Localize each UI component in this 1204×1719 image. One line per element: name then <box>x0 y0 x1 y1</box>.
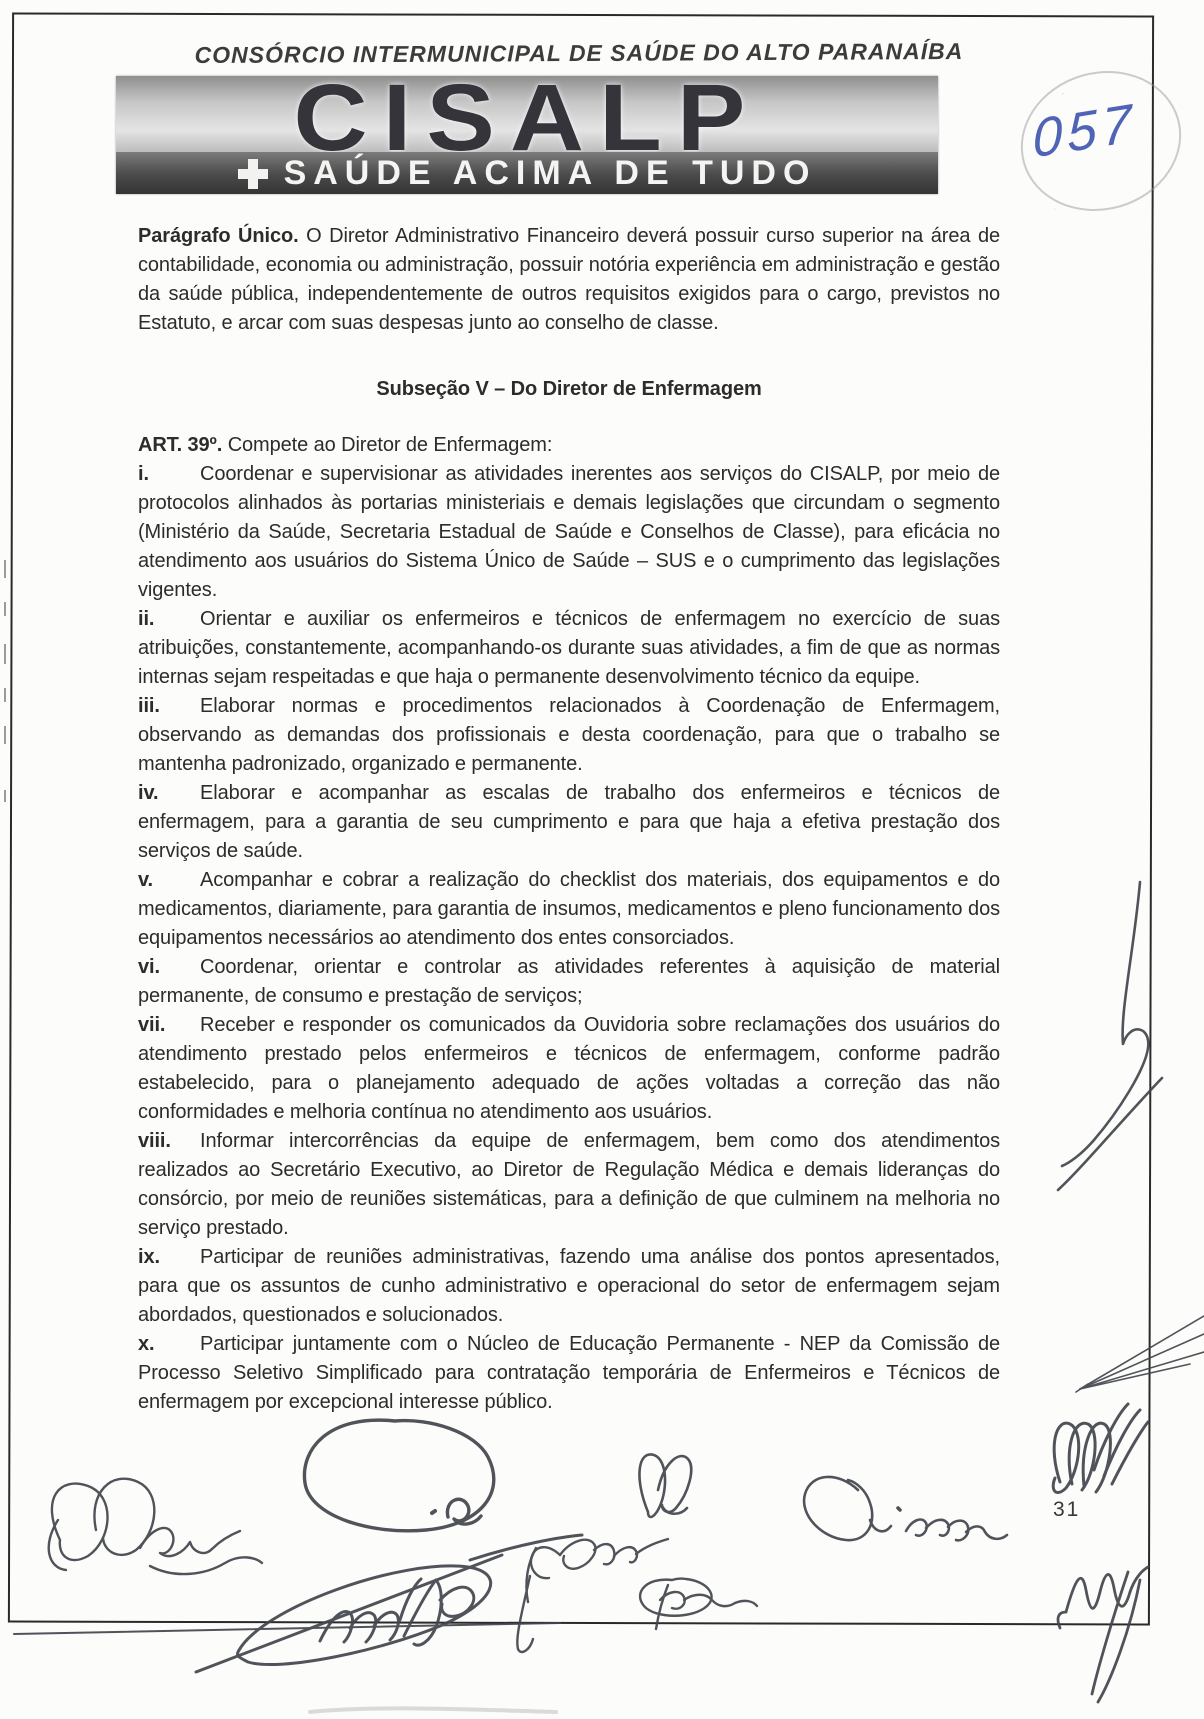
scan-artifact <box>4 688 6 702</box>
item-text: Elaborar e acompanhar as escalas de trab… <box>138 782 1000 862</box>
item-number: i. <box>138 460 200 489</box>
stray-border-line <box>14 1623 560 1634</box>
item-number: iv. <box>138 779 200 808</box>
logo-tagline-band: SAÚDE ACIMA DE TUDO <box>116 152 938 194</box>
list-item-ii: ii.Orientar e auxiliar os enfermeiros e … <box>138 605 1000 692</box>
list-item-i: i.Coordenar e supervisionar as atividade… <box>138 460 1000 605</box>
item-text: Elaborar normas e procedimentos relacion… <box>138 695 1000 775</box>
list-item-viii: viii.Informar intercorrências da equipe … <box>138 1127 1000 1243</box>
stamp-arc-text: · <box>1061 88 1068 99</box>
item-text: Participar juntamente com o Núcleo de Ed… <box>138 1333 1000 1413</box>
list-item-vii: vii.Receber e responder os comunicados d… <box>138 1011 1000 1127</box>
item-text: Receber e responder os comunicados da Ou… <box>138 1014 1000 1123</box>
item-number: ii. <box>138 605 200 634</box>
subsection-title: Subseção V – Do Diretor de Enfermagem <box>138 375 1000 404</box>
list-item-vi: vi.Coordenar, orientar e controlar as at… <box>138 953 1000 1011</box>
list-item-iii: iii.Elaborar normas e procedimentos rela… <box>138 692 1000 779</box>
item-text: Orientar e auxiliar os enfermeiros e téc… <box>138 608 1000 688</box>
list-item-v: v.Acompanhar e cobrar a realização do ch… <box>138 866 1000 953</box>
item-number: iii. <box>138 692 200 721</box>
scan-artifact <box>4 602 6 616</box>
cisalp-logo-banner: CISALP SAÚDE ACIMA DE TUDO <box>116 76 938 194</box>
item-number: viii. <box>138 1127 200 1156</box>
health-cross-icon <box>238 159 268 189</box>
scan-artifact <box>4 644 6 664</box>
scan-artifact <box>4 790 6 802</box>
paragrafo-unico-label: Parágrafo Único. <box>138 225 299 247</box>
item-number: v. <box>138 866 200 895</box>
article-label: ART. 39º. <box>138 434 222 456</box>
item-text: Participar de reuniões administrativas, … <box>138 1246 1000 1326</box>
item-text: Coordenar e supervisionar as atividades … <box>138 463 1000 601</box>
item-text: Coordenar, orientar e controlar as ativi… <box>138 956 1000 1007</box>
item-text: Informar intercorrências da equipe de en… <box>138 1130 1000 1239</box>
list-item-ix: ix.Participar de reuniões administrativa… <box>138 1243 1000 1330</box>
paragrafo-unico: Parágrafo Único. O Diretor Administrativ… <box>138 222 1000 338</box>
item-number: ix. <box>138 1243 200 1272</box>
list-item-x: x.Participar juntamente com o Núcleo de … <box>138 1330 1000 1417</box>
article-heading: ART. 39º. Compete ao Diretor de Enfermag… <box>138 431 1000 460</box>
logo-tagline: SAÚDE ACIMA DE TUDO <box>284 154 817 193</box>
item-number: vii. <box>138 1011 200 1040</box>
list-item-iv: iv.Elaborar e acompanhar as escalas de t… <box>138 779 1000 866</box>
scan-artifact <box>4 560 6 578</box>
document-body: Parágrafo Único. O Diretor Administrativ… <box>138 222 1000 1417</box>
item-number: x. <box>138 1330 200 1359</box>
scan-artifact <box>4 726 6 744</box>
item-text: Acompanhar e cobrar a realização do chec… <box>138 869 1000 949</box>
page-number: 31 <box>1053 1498 1080 1522</box>
item-number: vi. <box>138 953 200 982</box>
scanned-page: CONSÓRCIO INTERMUNICIPAL DE SAÚDE DO ALT… <box>0 0 1204 1719</box>
article-intro: Compete ao Diretor de Enfermagem: <box>228 434 553 456</box>
scan-artifact-bottom <box>310 1708 556 1712</box>
